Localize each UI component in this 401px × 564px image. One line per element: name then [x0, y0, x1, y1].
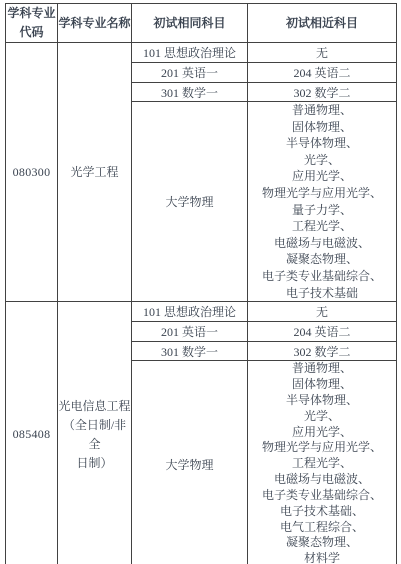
same-subject-cell: 101 思想政治理论 [132, 302, 248, 322]
major-code-cell: 080300 [6, 43, 58, 302]
similar-subject-item: 物理光学与应用光学、 [248, 185, 396, 202]
exam-subject-cell: 大学物理 [132, 361, 248, 564]
header-line: 初试相近科目 [248, 14, 396, 33]
similar-subject-cell: 无 [248, 43, 397, 63]
similar-subject-item: 凝聚态物理、 [248, 535, 396, 551]
similar-subject-item: 应用光学、 [248, 168, 396, 185]
major-name-cell: 光学工程 [58, 43, 132, 302]
major-name-line: 光学工程 [58, 163, 131, 182]
table-header-row: 学科专业代码 学科专业名称 初试相同科目 初试相近科目 [6, 4, 397, 43]
same-subject-cell: 301 数学一 [132, 342, 248, 361]
similar-subject-item: 电子技术基础 [248, 285, 396, 302]
same-subject-cell: 201 英语一 [132, 63, 248, 83]
similar-subject-item: 固体物理、 [248, 377, 396, 393]
similar-subject-item: 电子类专业基础综合、 [248, 268, 396, 285]
header-line: 初试相同科目 [132, 14, 247, 33]
similar-subject-item: 应用光学、 [248, 425, 396, 441]
similar-subject-item: 工程光学、 [248, 218, 396, 235]
similar-subject-item: 电磁场与电磁波、 [248, 235, 396, 252]
same-subject-cell: 101 思想政治理论 [132, 43, 248, 63]
similar-subjects-list: 普通物理、固体物理、半导体物理、光学、应用光学、物理光学与应用光学、量子力学、工… [248, 102, 397, 302]
same-subject-cell: 201 英语一 [132, 322, 248, 342]
similar-subjects-list: 普通物理、固体物理、半导体物理、光学、应用光学、物理光学与应用光学、工程光学、电… [248, 361, 397, 564]
similar-subject-cell: 302 数学二 [248, 83, 397, 102]
header-line: 学科专业 [6, 4, 57, 23]
major-code-cell: 085408 [6, 302, 58, 564]
major-name-cell: 光电信息工程（全日制/非全日制） [58, 302, 132, 564]
similar-subject-item: 物理光学与应用光学、 [248, 440, 396, 456]
column-header-major-name: 学科专业名称 [58, 4, 132, 43]
similar-subject-cell: 无 [248, 302, 397, 322]
column-header-major-code: 学科专业代码 [6, 4, 58, 43]
similar-subject-item: 电磁场与电磁波、 [248, 472, 396, 488]
major-name-line: 光电信息工程 [58, 397, 131, 416]
header-line: 学科专业名称 [58, 14, 131, 33]
column-header-similar-subjects: 初试相近科目 [248, 4, 397, 43]
similar-subject-item: 光学、 [248, 409, 396, 425]
major-name-line: 日制） [58, 454, 131, 473]
similar-subject-item: 电子类专业基础综合、 [248, 488, 396, 504]
similar-subject-item: 普通物理、 [248, 102, 396, 119]
similar-subject-item: 普通物理、 [248, 361, 396, 377]
similar-subject-item: 半导体物理、 [248, 393, 396, 409]
similar-subject-cell: 204 英语二 [248, 322, 397, 342]
similar-subject-item: 半导体物理、 [248, 135, 396, 152]
similar-subject-item: 光学、 [248, 152, 396, 169]
similar-subject-item: 凝聚态物理、 [248, 251, 396, 268]
similar-subject-item: 固体物理、 [248, 119, 396, 136]
common-subject-row: 080300 光学工程 101 思想政治理论 无 [6, 43, 397, 63]
similar-subject-item: 工程光学、 [248, 456, 396, 472]
document-page: 学科专业代码 学科专业名称 初试相同科目 初试相近科目 080300 光学工程 … [0, 0, 401, 564]
similar-subject-item: 材料学 [248, 551, 396, 564]
similar-subject-item: 电气工程综合、 [248, 520, 396, 536]
major-name-line: （全日制/非全 [58, 416, 131, 454]
same-subject-cell: 301 数学一 [132, 83, 248, 102]
similar-subject-item: 电子技术基础、 [248, 504, 396, 520]
column-header-same-subjects: 初试相同科目 [132, 4, 248, 43]
exam-subject-cell: 大学物理 [132, 102, 248, 302]
similar-subject-cell: 204 英语二 [248, 63, 397, 83]
common-subject-row: 085408 光电信息工程（全日制/非全日制） 101 思想政治理论 无 [6, 302, 397, 322]
similar-subject-cell: 302 数学二 [248, 342, 397, 361]
exam-subjects-table: 学科专业代码 学科专业名称 初试相同科目 初试相近科目 080300 光学工程 … [5, 3, 397, 564]
header-line: 代码 [6, 23, 57, 42]
similar-subject-item: 量子力学、 [248, 202, 396, 219]
